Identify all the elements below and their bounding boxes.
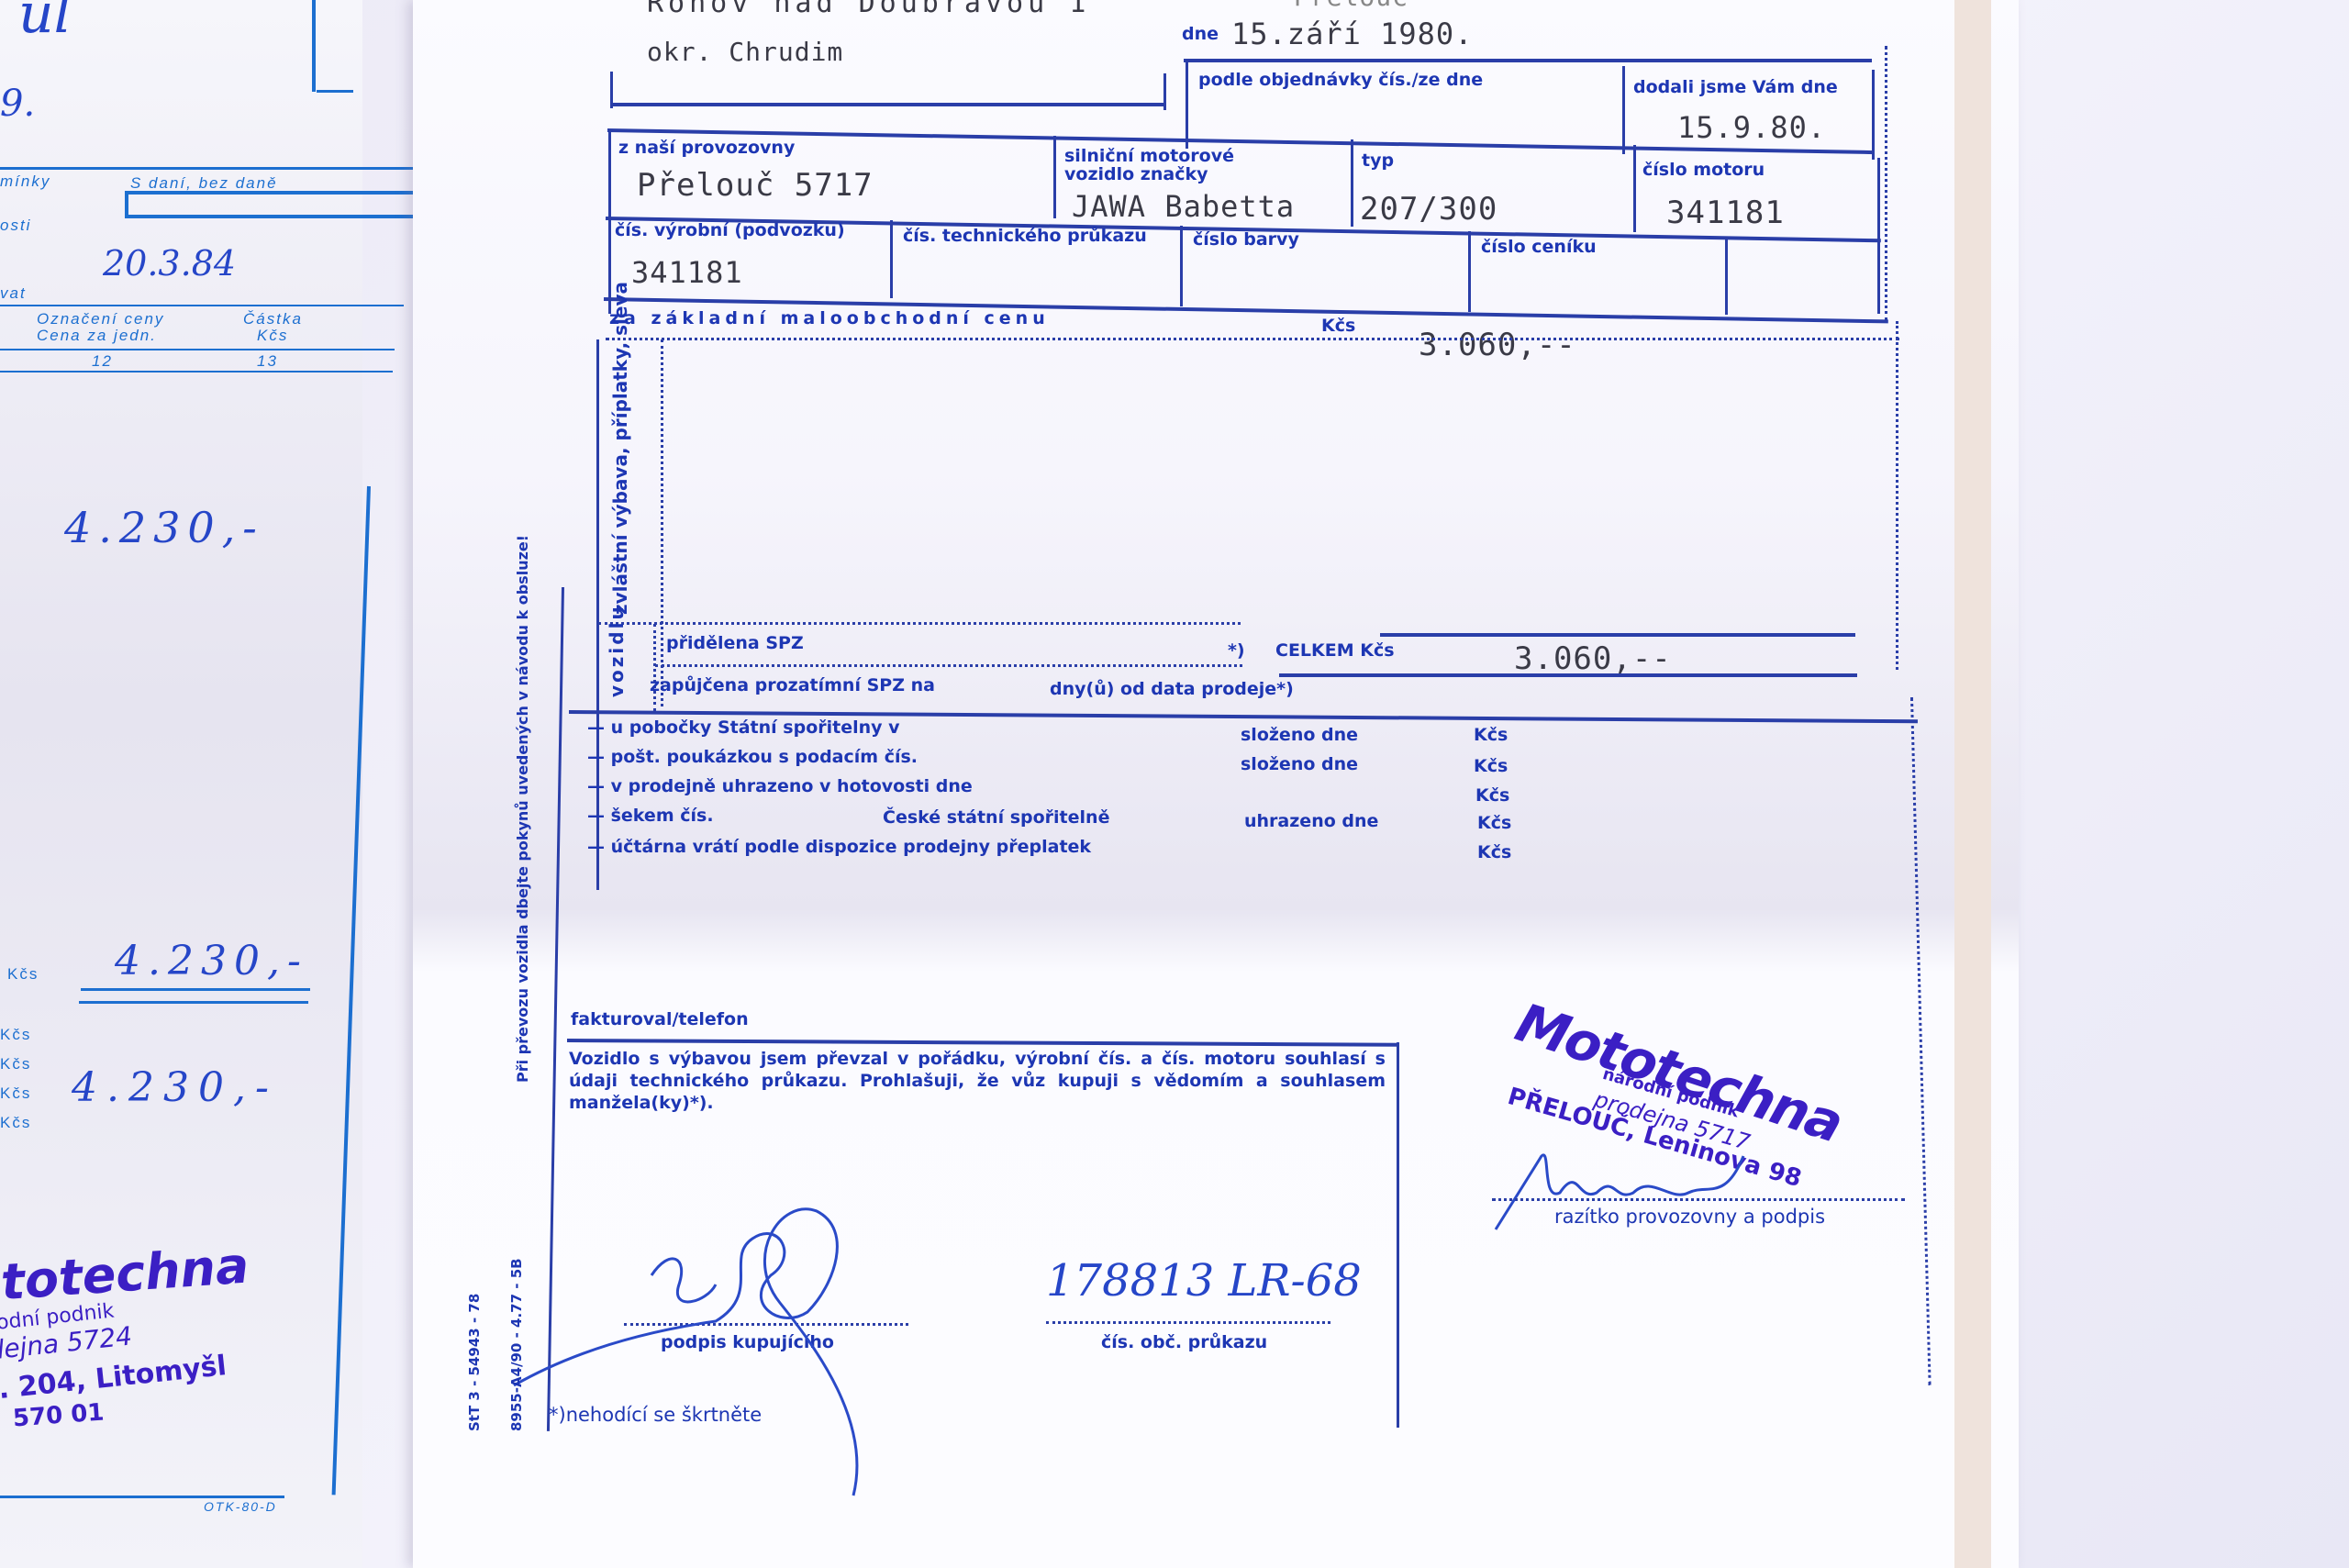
base-price-value: 3.060,--: [1419, 327, 1576, 363]
column-number-13: 13: [257, 352, 278, 371]
print-code-1: StT 3 - 54943 - 78: [466, 1294, 483, 1431]
place-cropped: Přelouč: [1294, 0, 1408, 12]
customer-address-line2: okr. Chrudim: [647, 37, 843, 67]
page-edge: [1954, 0, 1991, 1568]
id-card-number: 178813 LR-68: [1046, 1255, 1362, 1307]
base-price-currency: Kčs: [1321, 316, 1355, 336]
type-label: typ: [1362, 150, 1394, 171]
payment-row: — u pobočky Státní spořitelny v složeno …: [587, 716, 1597, 743]
currency-row-2: Kčs: [0, 1055, 31, 1073]
issue-date: 15.září 1980.: [1231, 17, 1473, 51]
currency-row-1: Kčs: [0, 1026, 31, 1044]
conditions-label: mínky: [0, 172, 50, 191]
handwritten-amount-total: 4.230,-: [115, 938, 308, 984]
tech-cert-label: čís. technického průkazu: [903, 226, 1147, 246]
print-code-2: 8955-A4/90 - 4.77 - 5B: [508, 1258, 525, 1431]
branch-label: z naší provozovny: [618, 138, 795, 158]
currency-row-3: Kčs: [0, 1084, 31, 1103]
total-label: CELKEM Kčs: [1275, 640, 1395, 661]
extras-label: zvláštní výbava, příplatky, sleva: [609, 282, 631, 615]
left-stamp-brand: Mototechna: [0, 1236, 250, 1317]
order-label: podle objednávky čís./ze dne: [1198, 70, 1483, 90]
amount-header: Částka: [243, 310, 303, 328]
customer-address-line1: Ronov nad Doubravou I: [647, 0, 1091, 19]
buyer-declaration: Vozidlo s výbavou jsem převzal v pořádku…: [569, 1048, 1386, 1114]
base-price-label: za základní maloobchodní cenu: [609, 308, 1050, 328]
stamp-signature-label: razítko provozovny a podpis: [1554, 1206, 1825, 1228]
delivered-label: dodali jsme Vám dne: [1633, 77, 1838, 97]
left-document-sheet: ul 9. mínky S daní, bez daně osti 20.3.8…: [0, 0, 362, 1568]
handwritten-amount-top: 4.230,-: [64, 503, 264, 552]
id-card-label: čís. obč. průkazu: [1101, 1332, 1267, 1352]
price-designation-header: Označení ceny: [37, 310, 164, 328]
osti-label: osti: [0, 217, 31, 235]
amount-currency-header: Kčs: [257, 327, 288, 345]
payment-row: — v prodejně uhrazeno v hotovosti dne Kč…: [587, 776, 1597, 804]
engine-label: číslo motoru: [1642, 160, 1765, 180]
engine-number: 341181: [1666, 195, 1785, 231]
chassis-number: 341181: [631, 255, 743, 290]
pricelist-label: číslo ceníku: [1481, 237, 1597, 257]
column-number-12: 12: [92, 352, 113, 371]
handwriting-fragment: ul: [18, 0, 72, 46]
date-label: dne: [1182, 24, 1219, 44]
transport-note: Při převozu vozidla dbejte pokynů uveden…: [514, 535, 531, 1083]
delivered-date: 15.9.80.: [1677, 110, 1826, 145]
vehicle-brand: JAWA Babetta: [1072, 189, 1295, 224]
spz-temp-days: dny(ů) od data prodeje*): [1050, 679, 1294, 699]
buyer-signature: [505, 1202, 890, 1505]
vat-label: vat: [0, 284, 27, 303]
currency-label: Kčs: [7, 965, 39, 984]
currency-row-4: Kčs: [0, 1114, 31, 1132]
form-code: OTK-80-D: [204, 1499, 277, 1514]
vehicle-label: silniční motorové vozidlo značky: [1064, 147, 1294, 183]
invoiced-by-label: fakturoval/telefon: [571, 1009, 749, 1029]
unit-price-header: Cena za jedn.: [37, 327, 157, 345]
strike-note: *)nehodící se škrtněte: [549, 1404, 762, 1426]
payment-row: — pošt. poukázkou s podacím čís. složeno…: [587, 745, 1597, 773]
total-value: 3.060,--: [1514, 640, 1672, 677]
vehicle-side-label: vozidlu: [606, 604, 628, 697]
left-stamp-line4: 570 01: [12, 1399, 105, 1433]
spz-assigned-label: přidělena SPZ: [666, 633, 804, 653]
color-label: číslo barvy: [1193, 229, 1299, 250]
payment-row: — účtárna vrátí podle dispozice prodejny…: [587, 837, 1597, 864]
chassis-label: čís. výrobní (podvozku): [615, 220, 845, 240]
handwritten-amount-paid: 4.230,-: [72, 1064, 278, 1111]
tax-label: S daní, bez daně: [130, 174, 278, 193]
handwritten-top: 9.: [0, 83, 35, 125]
payment-row: — šekem čís. České státní spořitelně uhr…: [587, 806, 1597, 833]
spz-marker: *): [1228, 640, 1245, 661]
spz-temp-label: zapůjčena prozatímní SPZ na: [650, 675, 935, 695]
tax-box: [125, 191, 417, 218]
type-value: 207/300: [1360, 191, 1497, 228]
branch-value: Přelouč 5717: [637, 167, 874, 204]
handwritten-date: 20.3.84: [103, 243, 236, 284]
